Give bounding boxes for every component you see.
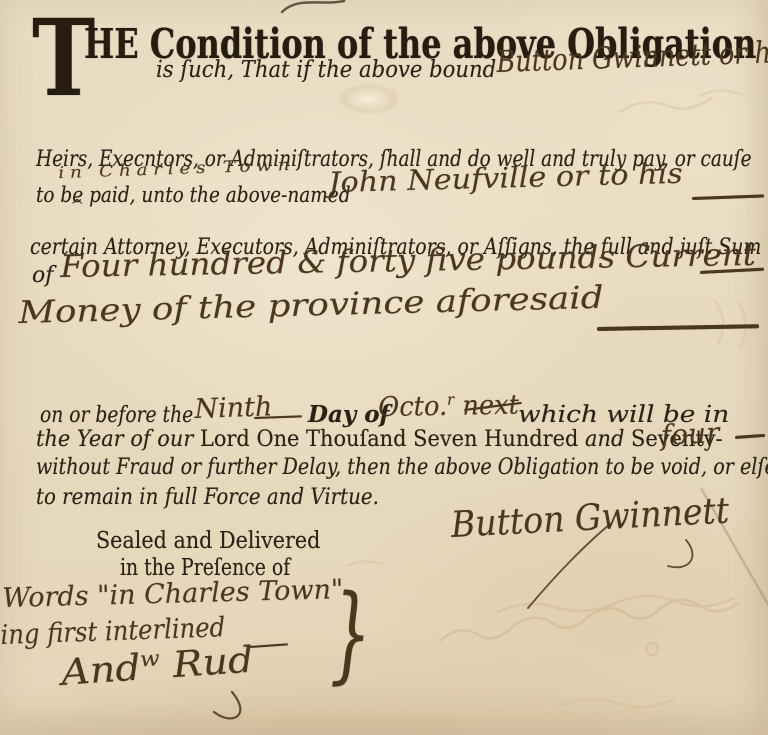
inked-dash xyxy=(692,194,764,199)
obligee-name-hand: John Neufville or to his xyxy=(328,159,683,199)
year-seg-b: Lord One Thouſand Seven Hundred xyxy=(200,427,578,452)
virtue-line-print: to remain in full Force and Virtue. xyxy=(36,486,379,510)
witness-surname: Rud xyxy=(171,640,254,687)
witness-name-part: And xyxy=(60,647,142,693)
month-superscript: r xyxy=(447,390,454,409)
year-hand: four xyxy=(660,418,720,452)
witness-superscript: w xyxy=(139,646,160,671)
signature-button-gwinnett: Button Gwinnett xyxy=(450,491,730,545)
bond-document: T HE Condition of the above Obligation i… xyxy=(0,0,768,735)
amount-hand-line2: Money of the province aforesaid xyxy=(18,281,604,330)
condition-intro-print: is ſuch, That if the above bound xyxy=(156,58,496,83)
hand-brace: } xyxy=(330,576,371,692)
inked-dash xyxy=(250,643,288,648)
title-he: HE xyxy=(84,20,139,68)
sealed-delivered-print: Sealed and Delivered xyxy=(96,529,320,554)
inked-dash xyxy=(254,415,302,419)
witness-signature: Andw Rud xyxy=(60,641,255,694)
month-abbrev: Octo. xyxy=(378,391,447,423)
year-seg-c: and xyxy=(585,427,624,452)
inked-dash xyxy=(597,324,759,331)
of-word-print: of xyxy=(32,264,53,288)
cut-off-stroke xyxy=(282,1,344,12)
paper-stain xyxy=(338,84,400,114)
year-seg-a: the Year of our xyxy=(36,427,193,452)
on-or-before-print: on or before the xyxy=(40,404,193,428)
witness-note-line1: Words "in Charles Town" xyxy=(2,575,344,614)
inked-dash xyxy=(735,434,765,439)
year-line-print: the Year of our Lord One Thouſand Seven … xyxy=(36,428,723,452)
fraud-line-print: without Fraud or further Delay, then the… xyxy=(36,456,768,480)
day-of-print: Day of xyxy=(308,402,389,427)
insertion-caret: ^ xyxy=(70,197,84,216)
day-hand: Ninth xyxy=(194,392,273,424)
